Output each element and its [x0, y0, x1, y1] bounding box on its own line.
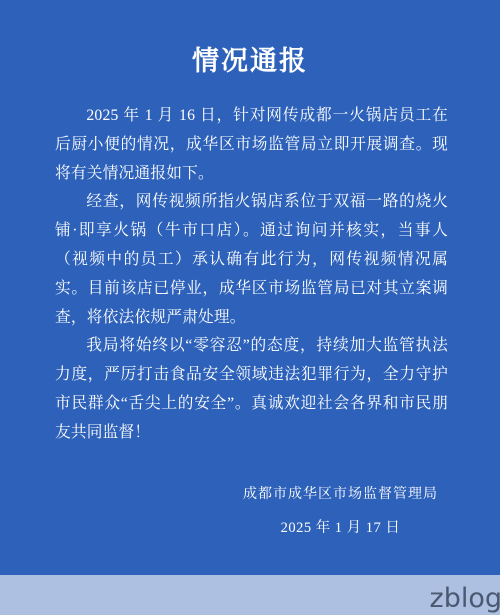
signature-block: 成都市成华区市场监督管理局 2025 年 1 月 17 日	[243, 484, 438, 539]
notice-title: 情况通报	[0, 0, 500, 78]
notice-paragraph: 2025 年 1 月 16 日，针对网传成都一火锅店员工在后厨小便的情况，成华区…	[55, 102, 448, 188]
footer-bar: zblog	[0, 575, 500, 615]
official-notice: 情况通报 2025 年 1 月 16 日，针对网传成都一火锅店员工在后厨小便的情…	[0, 0, 500, 575]
notice-body: 2025 年 1 月 16 日，针对网传成都一火锅店员工在后厨小便的情况，成华区…	[0, 102, 500, 448]
notice-page: 情况通报 2025 年 1 月 16 日，针对网传成都一火锅店员工在后厨小便的情…	[0, 0, 500, 615]
issuing-agency: 成都市成华区市场监督管理局	[243, 484, 438, 506]
notice-paragraph: 我局将始终以“零容忍”的态度，持续加大监管执法力度，严厉打击食品安全领域违法犯罪…	[55, 332, 448, 447]
notice-paragraph: 经查，网传视频所指火锅店系位于双福一路的烧火铺·即享火锅（牛市口店）。通过询问并…	[55, 188, 448, 332]
notice-date: 2025 年 1 月 17 日	[281, 517, 401, 539]
watermark-text: zblog	[430, 584, 500, 614]
